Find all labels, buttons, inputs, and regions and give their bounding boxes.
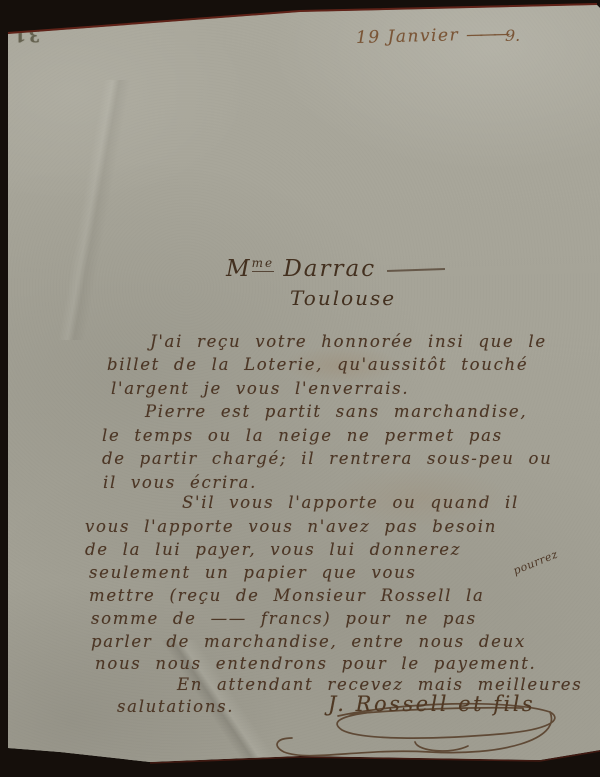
paper-crease <box>0 80 180 340</box>
recipient-surname: Darrac <box>283 256 376 282</box>
letter-date: 19 Janvier ——— <box>356 24 507 48</box>
letter-line: S'il vous l'apporte ou quand il <box>182 493 519 512</box>
recipient-name: Mme Darrac <box>226 256 445 282</box>
letter-line: J'ai reçu votre honnorée insi que le <box>150 332 547 351</box>
letter-line: billet de la Loterie, qu'aussitôt touché <box>107 355 528 374</box>
letter-line: seulement un papier que vous <box>89 563 417 582</box>
letter-line: le temps ou la neige ne permet pas <box>102 426 503 445</box>
inserted-word: pourrez <box>511 548 560 578</box>
letter-line: il vous écrira. <box>103 473 257 492</box>
letter-paper: 31 19 Janvier ——— 9. Mme Darrac Toulouse… <box>0 0 600 777</box>
letter-line: vous l'apporte vous n'avez pas besoin <box>85 517 497 536</box>
date-text: 19 Janvier <box>356 25 460 48</box>
date-dash: ——— <box>466 24 507 45</box>
recipient-city: Toulouse <box>290 286 396 310</box>
recipient-initial: M <box>226 256 252 282</box>
letter-line: de la lui payer, vous lui donnerez <box>85 540 461 559</box>
recipient-superscript: me <box>252 256 274 272</box>
signature: J. Rossell et fils <box>328 692 535 716</box>
letter-line: parler de marchandise, entre nous deux <box>91 632 526 651</box>
date-number: 9. <box>505 26 520 45</box>
scanned-letter: 31 19 Janvier ——— 9. Mme Darrac Toulouse… <box>0 0 600 777</box>
letter-closing-line: salutations. <box>117 697 234 716</box>
name-underline-flourish <box>387 267 445 271</box>
letter-line: Pierre est partit sans marchandise, <box>145 402 527 421</box>
archive-number-stamp: 31 <box>12 22 40 48</box>
letter-line: l'argent je vous l'enverrais. <box>111 379 409 398</box>
letter-line: mettre (reçu de Monsieur Rossell la <box>89 586 485 605</box>
letter-line: nous nous entendrons pour le payement. <box>95 654 536 673</box>
letter-line: de partir chargé; il rentrera sous-peu o… <box>102 449 552 468</box>
letter-line: somme de —— francs) pour ne pas <box>91 609 477 628</box>
